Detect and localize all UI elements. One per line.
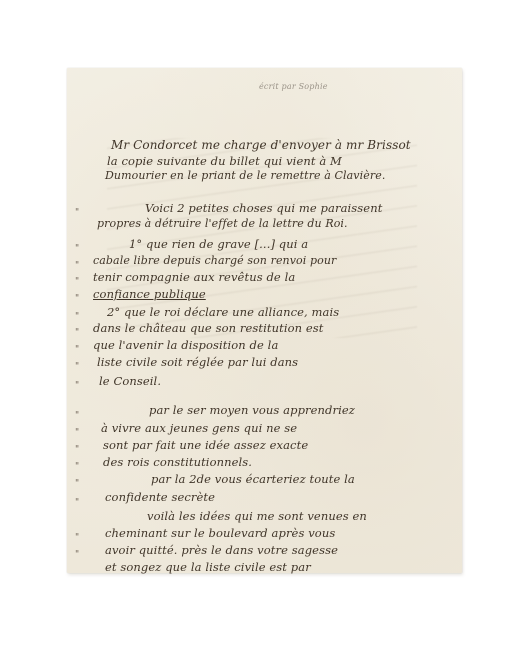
- letter-line: tenir compagnie aux revêtus de la: [93, 270, 295, 284]
- ditto-mark: ": [75, 428, 79, 438]
- ditto-mark: ": [75, 277, 79, 287]
- letter-line: à vivre aux jeunes gens qui ne se: [101, 421, 297, 435]
- letter-line: des rois constitutionnels.: [103, 455, 252, 469]
- letter-line: la copie suivante du billet qui vient à …: [107, 154, 342, 168]
- ditto-mark: ": [75, 208, 79, 218]
- letter-line: Dumourier en le priant de le remettre à …: [105, 169, 385, 182]
- letter-paper: écrit par Sophie Mr Condorcet me charge …: [67, 68, 462, 573]
- ditto-mark: ": [75, 479, 79, 489]
- letter-line: Voici 2 petites choses qui me paraissent: [145, 201, 382, 215]
- ditto-mark: ": [75, 294, 79, 304]
- ditto-mark: ": [75, 244, 79, 254]
- letter-line: le Conseil.: [99, 374, 161, 388]
- ditto-mark: ": [75, 411, 79, 421]
- ditto-mark: ": [75, 550, 79, 560]
- letter-line: et songez que la liste civile est par: [105, 560, 311, 574]
- letter-line: dans le château que son restitution est: [93, 321, 324, 335]
- letter-line: cabale libre depuis chargé son renvoi po…: [93, 254, 336, 267]
- letter-line: avoir quitté. près le dans votre sagesse: [105, 543, 338, 557]
- ditto-mark: ": [75, 462, 79, 472]
- letter-line: voilà les idées qui me sont venues en: [147, 509, 367, 523]
- ditto-mark: ": [75, 345, 79, 355]
- letter-line: Mr Condorcet me charge d'envoyer à mr Br…: [111, 138, 411, 152]
- ditto-mark: ": [75, 381, 79, 391]
- ditto-mark: ": [75, 328, 79, 338]
- letter-line: confiance publique: [93, 287, 206, 301]
- ditto-mark: ": [75, 533, 79, 543]
- letter-line: cheminant sur le boulevard après vous: [105, 526, 335, 540]
- letter-line: par le ser moyen vous apprendriez: [149, 403, 355, 417]
- ditto-mark: ": [75, 362, 79, 372]
- image-canvas: écrit par Sophie Mr Condorcet me charge …: [0, 0, 530, 647]
- letter-line: liste civile soit réglée par lui dans: [97, 355, 298, 369]
- letter-line: par la 2de vous écarteriez toute la: [151, 472, 355, 486]
- ditto-mark: ": [75, 445, 79, 455]
- ditto-mark: ": [75, 498, 79, 508]
- letter-line: que l'avenir la disposition de la: [93, 338, 278, 352]
- ditto-mark: ": [75, 312, 79, 322]
- archival-annotation: écrit par Sophie: [259, 82, 328, 91]
- letter-line: propres à détruire l'effet de la lettre …: [97, 217, 348, 230]
- letter-line: confidente secrète: [105, 490, 215, 504]
- letter-line: 1° que rien de grave [...] qui a: [129, 237, 308, 251]
- letter-line: sont par fait une idée assez exacte: [103, 438, 308, 452]
- ditto-mark: ": [75, 261, 79, 271]
- letter-line: 2° que le roi déclare une alliance, mais: [107, 305, 339, 319]
